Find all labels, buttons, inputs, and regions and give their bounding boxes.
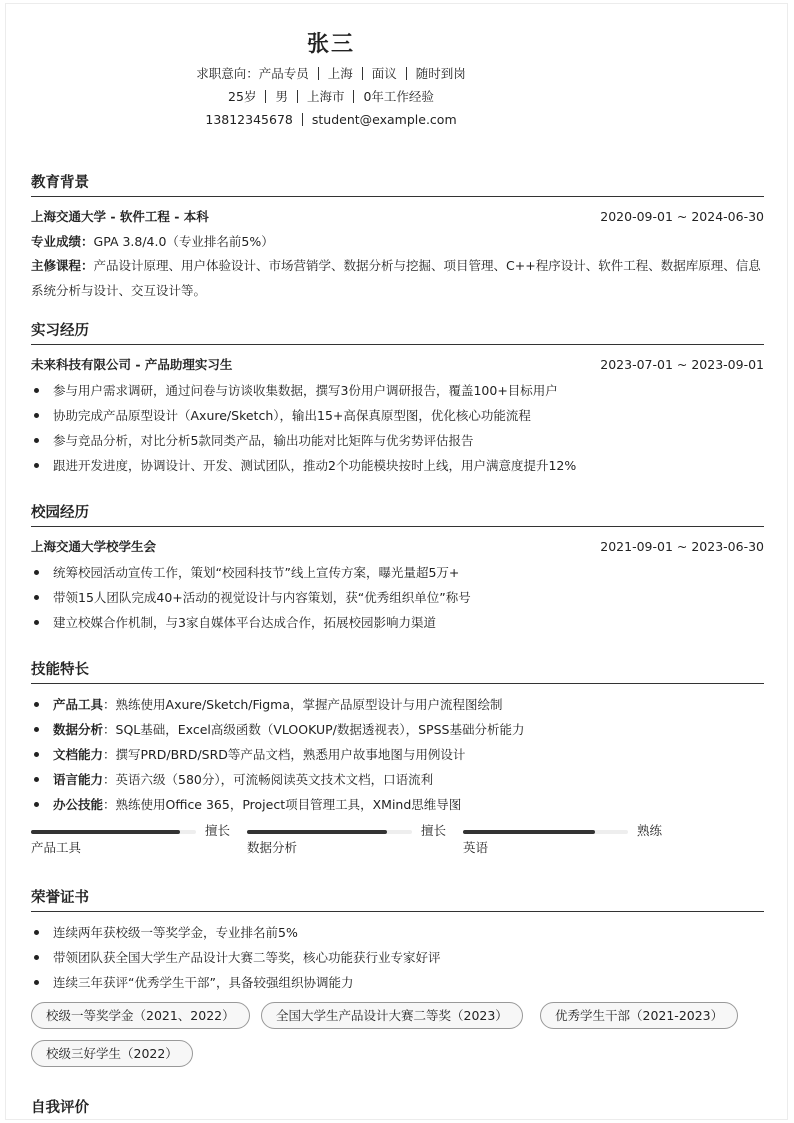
bar-fill [247, 830, 387, 834]
contact-line: 13812345678student@example.com [31, 108, 631, 131]
skill-level: 熟练 [637, 819, 662, 843]
honor-tag: 校级一等奖学金（2021、2022） [31, 1002, 250, 1029]
honor-tag: 校级三好学生（2022） [31, 1040, 193, 1067]
skill-label: 产品工具 [53, 697, 103, 712]
skills-bullets: 产品工具：熟练使用Axure/Sketch/Figma，掌握产品原型设计与用户流… [31, 692, 764, 817]
self-eval-section: 自我评价 [31, 1096, 764, 1122]
divider [318, 67, 319, 80]
candidate-name: 张三 [31, 28, 631, 62]
intent-salary: 面议 [372, 66, 397, 81]
skill-name: 产品工具 [31, 838, 81, 858]
divider [406, 67, 407, 80]
list-item: 跟进开发进度，协调设计、开发、测试团队，推动2个功能模块按时上线，用户满意度提升… [31, 453, 764, 478]
date-range: 2021-09-01 ~ 2023-06-30 [600, 535, 764, 560]
skill-label: 语言能力 [53, 772, 103, 787]
internship-section: 实习经历 未来科技有限公司 - 产品助理实习生 2023-07-01 ~ 202… [31, 319, 764, 478]
honors-bullets: 连续两年获校级一等奖学金，专业排名前5% 带领团队获全国大学生产品设计大赛二等奖… [31, 920, 764, 995]
honor-tag: 优秀学生干部（2021-2023） [540, 1002, 738, 1029]
gender: 男 [275, 89, 288, 104]
skill-item: 办公技能：熟练使用Office 365，Project项目管理工具，XMind思… [31, 792, 764, 817]
skill-text: ：SQL基础，Excel高级函数（VLOOKUP/数据透视表），SPSS基础分析… [103, 722, 524, 737]
divider [302, 113, 303, 126]
skill-text: ：熟练使用Office 365，Project项目管理工具，XMind思维导图 [103, 797, 461, 812]
skill-label: 文档能力 [53, 747, 103, 762]
skill-item: 文档能力：撰写PRD/BRD/SRD等产品文档，熟悉用户故事地图与用例设计 [31, 742, 764, 767]
skill-name: 数据分析 [247, 838, 297, 858]
list-item: 建立校媒合作机制，与3家自媒体平台达成合作，拓展校园影响力渠道 [31, 610, 764, 635]
skill-label: 数据分析 [53, 722, 103, 737]
list-item: 带领团队获全国大学生产品设计大赛二等奖，核心功能获行业专家好评 [31, 945, 764, 970]
date-range: 2023-07-01 ~ 2023-09-01 [600, 353, 764, 378]
bar-fill [463, 830, 595, 834]
section-title: 技能特长 [31, 658, 764, 684]
section-title: 教育背景 [31, 171, 764, 197]
divider [362, 67, 363, 80]
divider [297, 90, 298, 103]
list-item: 连续两年获校级一等奖学金，专业排名前5% [31, 920, 764, 945]
courses-value: 产品设计原理、用户体验设计、市场营销学、数据分析与挖掘、项目管理、C++程序设计… [31, 258, 761, 298]
section-title: 校园经历 [31, 501, 764, 527]
section-title: 荣誉证书 [31, 886, 764, 912]
gpa-label: 专业成绩： [31, 234, 94, 249]
intent-city: 上海 [328, 66, 353, 81]
section-title: 实习经历 [31, 319, 764, 345]
skill-item: 数据分析：SQL基础，Excel高级函数（VLOOKUP/数据透视表），SPSS… [31, 717, 764, 742]
internship-bullets: 参与用户需求调研，通过问卷与访谈收集数据，撰写3份用户调研报告，覆盖100+目标… [31, 378, 764, 478]
list-item: 协助完成产品原型设计（Axure/Sketch），输出15+高保真原型图，优化核… [31, 403, 764, 428]
list-item: 参与用户需求调研，通过问卷与访谈收集数据，撰写3份用户调研报告，覆盖100+目标… [31, 378, 764, 403]
bar-fill [31, 830, 180, 834]
skill-label: 办公技能 [53, 797, 103, 812]
campus-entry: 上海交通大学校学生会 2021-09-01 ~ 2023-06-30 [31, 535, 764, 560]
bar-track [247, 830, 412, 834]
divider [353, 90, 354, 103]
job-intent: 求职意向：产品专员 [196, 66, 309, 81]
courses-label: 主修课程： [31, 258, 94, 273]
skill-item: 语言能力：英语六级（580分），可流畅阅读英文技术文档，口语流利 [31, 767, 764, 792]
email: student@example.com [312, 112, 457, 127]
experience-years: 0年工作经验 [363, 89, 433, 104]
internship-entry: 未来科技有限公司 - 产品助理实习生 2023-07-01 ~ 2023-09-… [31, 353, 764, 378]
company-role: 未来科技有限公司 - 产品助理实习生 [31, 357, 232, 372]
honors-section: 荣誉证书 连续两年获校级一等奖学金，专业排名前5% 带领团队获全国大学生产品设计… [31, 886, 764, 1002]
age: 25岁 [228, 89, 256, 104]
list-item: 连续三年获评“优秀学生干部”，具备较强组织协调能力 [31, 970, 764, 995]
bar-track [463, 830, 628, 834]
section-title: 自我评价 [31, 1096, 764, 1122]
skill-bars: 擅长 产品工具 擅长 数据分析 熟练 英语 [31, 819, 764, 859]
education-section: 教育背景 上海交通大学 - 软件工程 - 本科 2020-09-01 ~ 202… [31, 171, 764, 303]
list-item: 参与竞品分析，对比分析5款同类产品，输出功能对比矩阵与优劣势评估报告 [31, 428, 764, 453]
gpa-value: GPA 3.8/4.0（专业排名前5%） [94, 234, 274, 249]
skill-level: 擅长 [421, 819, 446, 843]
divider [265, 90, 266, 103]
bar-track [31, 830, 196, 834]
honor-tag: 全国大学生产品设计大赛二等奖（2023） [261, 1002, 523, 1029]
skill-text: ：英语六级（580分），可流畅阅读英文技术文档，口语流利 [103, 772, 433, 787]
skill-text: ：撰写PRD/BRD/SRD等产品文档，熟悉用户故事地图与用例设计 [103, 747, 465, 762]
skill-name: 英语 [463, 838, 488, 858]
intent-availability: 随时到岗 [416, 66, 466, 81]
education-entry: 上海交通大学 - 软件工程 - 本科 2020-09-01 ~ 2024-06-… [31, 205, 764, 230]
list-item: 统筹校园活动宣传工作，策划“校园科技节”线上宣传方案，曝光量超5万+ [31, 560, 764, 585]
school-major-degree: 上海交通大学 - 软件工程 - 本科 [31, 209, 209, 224]
skill-item: 产品工具：熟练使用Axure/Sketch/Figma，掌握产品原型设计与用户流… [31, 692, 764, 717]
skills-section: 技能特长 产品工具：熟练使用Axure/Sketch/Figma，掌握产品原型设… [31, 658, 764, 859]
list-item: 带领15人团队完成40+活动的视觉设计与内容策划，获“优秀组织单位”称号 [31, 585, 764, 610]
date-range: 2020-09-01 ~ 2024-06-30 [600, 205, 764, 230]
skill-level: 擅长 [205, 819, 230, 843]
skill-text: ：熟练使用Axure/Sketch/Figma，掌握产品原型设计与用户流程图绘制 [103, 697, 503, 712]
phone: 13812345678 [205, 112, 292, 127]
location: 上海市 [307, 89, 345, 104]
campus-bullets: 统筹校园活动宣传工作，策划“校园科技节”线上宣传方案，曝光量超5万+ 带领15人… [31, 560, 764, 635]
organization: 上海交通大学校学生会 [31, 539, 156, 554]
resume-header: 张三 求职意向：产品专员上海面议随时到岗 25岁男上海市0年工作经验 13812… [31, 28, 631, 131]
personal-info-line: 25岁男上海市0年工作经验 [31, 85, 631, 108]
courses-line: 主修课程：产品设计原理、用户体验设计、市场营销学、数据分析与挖掘、项目管理、C+… [31, 254, 764, 303]
gpa-line: 专业成绩：GPA 3.8/4.0（专业排名前5%） [31, 230, 764, 255]
job-intent-line: 求职意向：产品专员上海面议随时到岗 [31, 62, 631, 85]
campus-section: 校园经历 上海交通大学校学生会 2021-09-01 ~ 2023-06-30 … [31, 501, 764, 635]
